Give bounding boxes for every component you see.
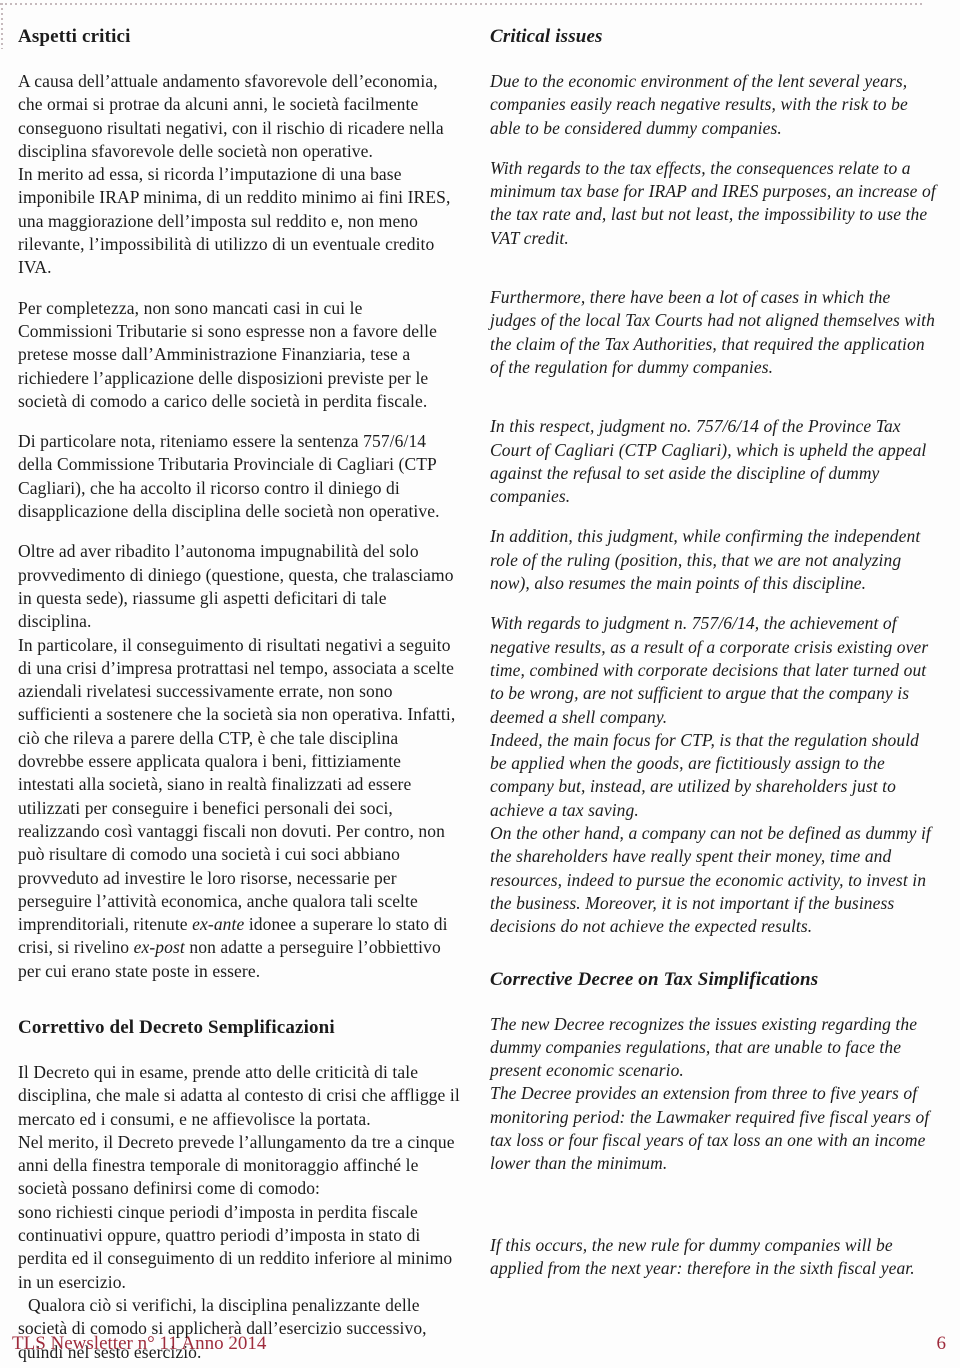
paragraph-en-9: The new Decree recognizes the issues exi…: [490, 1013, 936, 1083]
paragraph-it-7: Il Decreto qui in esame, prende atto del…: [18, 1061, 461, 1131]
paragraph-it-6-text: In particolare, il conseguimento di risu…: [18, 635, 455, 935]
section-heading-critical-issues: Critical issues: [490, 26, 936, 48]
paragraph-en-4: In this respect, judgment no. 757/6/14 o…: [490, 415, 936, 508]
paragraph-en-2: With regards to the tax effects, the con…: [490, 157, 936, 250]
page-number: 6: [937, 1333, 947, 1355]
latin-term-ex-post: ex-post: [134, 937, 185, 957]
paragraph-en-1: Due to the economic environment of the l…: [490, 70, 936, 140]
paragraph-en-11: If this occurs, the new rule for dummy c…: [490, 1234, 936, 1281]
section-heading-correttivo-decreto: Correttivo del Decreto Semplificazioni: [18, 1017, 461, 1039]
paragraph-it-5: Oltre ad aver ribadito l’autonoma impugn…: [18, 540, 461, 633]
page-footer: TLS Newsletter n° 11 Anno 2014 6: [12, 1333, 946, 1355]
paragraph-en-3: Furthermore, there have been a lot of ca…: [490, 286, 936, 379]
two-column-layout: Aspetti critici A causa dell’attuale and…: [18, 26, 936, 1364]
paragraph-en-7: Indeed, the main focus for CTP, is that …: [490, 729, 936, 822]
paragraph-it-3: Per completezza, non sono mancati casi i…: [18, 297, 461, 413]
paragraph-en-5: In addition, this judgment, while confir…: [490, 525, 936, 595]
paragraph-en-6: With regards to judgment n. 757/6/14, th…: [490, 612, 936, 728]
paragraph-it-1: A causa dell’attuale andamento sfavorevo…: [18, 70, 461, 163]
paragraph-it-4: Di particolare nota, riteniamo essere la…: [18, 430, 461, 523]
section-heading-corrective-decree: Corrective Decree on Tax Simplifications: [490, 969, 936, 991]
paragraph-it-8: Nel merito, il Decreto prevede l’allunga…: [18, 1131, 461, 1201]
section-heading-aspetti-critici: Aspetti critici: [18, 26, 461, 48]
italian-column: Aspetti critici A causa dell’attuale and…: [18, 26, 461, 1364]
english-column: Critical issues Due to the economic envi…: [490, 26, 936, 1364]
left-dotted-rule: [1, 3, 3, 49]
paragraph-it-2: In merito ad essa, si ricorda l’imputazi…: [18, 163, 461, 279]
footer-newsletter-title: TLS Newsletter n° 11 Anno 2014: [12, 1333, 266, 1355]
paragraph-en-10: The Decree provides an extension from th…: [490, 1082, 936, 1175]
paragraph-en-8: On the other hand, a company can not be …: [490, 822, 936, 938]
paragraph-it-9: sono richiesti cinque periodi d’imposta …: [18, 1201, 461, 1294]
latin-term-ex-ante: ex-ante: [192, 914, 244, 934]
top-dotted-rule: [0, 3, 924, 5]
paragraph-it-6: In particolare, il conseguimento di risu…: [18, 634, 461, 983]
